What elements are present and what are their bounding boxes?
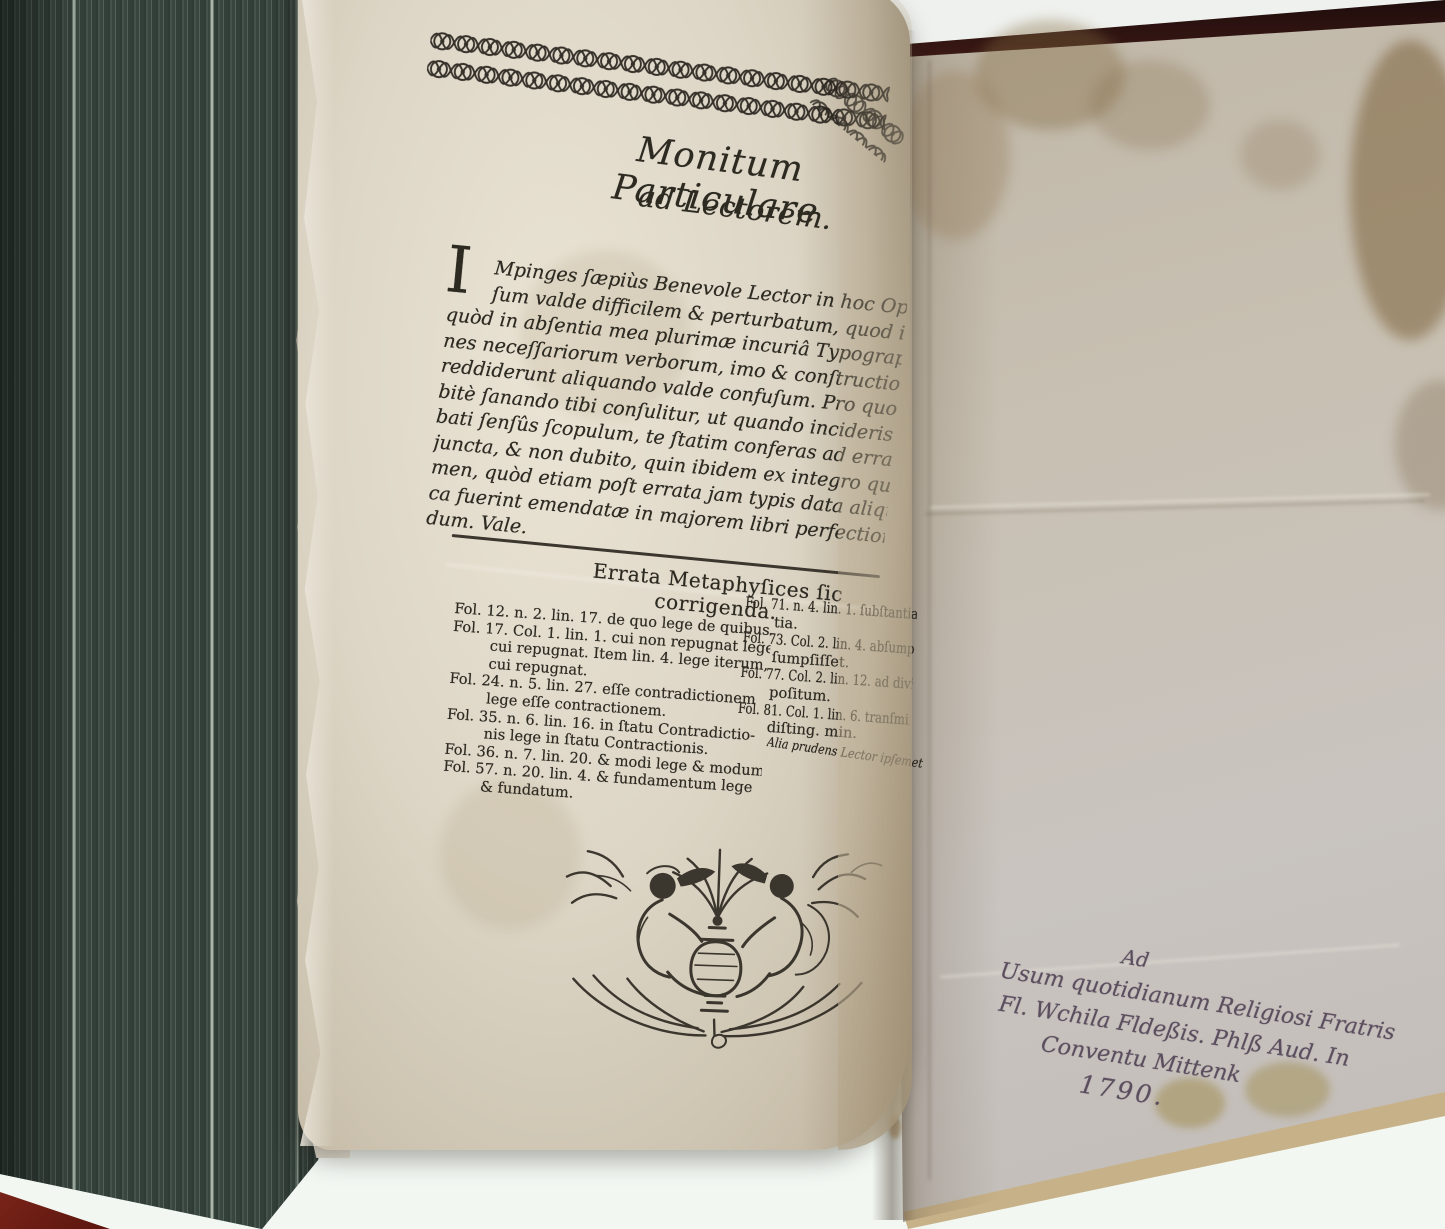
stain	[1090, 60, 1210, 150]
stain	[1240, 120, 1320, 190]
page-curl-shading	[838, 0, 912, 1150]
crease	[928, 60, 931, 1180]
monitum-paragraph: Mpinges ſæpiùs Benevole Lector in hoc Op…	[425, 252, 908, 575]
tailpiece-woodcut-icon	[545, 818, 888, 1058]
errata-column-left: Fol. 12. n. 2. lin. 17. de quo lege de q…	[441, 600, 772, 815]
book-photograph: Ad Usum quotidianum Religiosi Fratris Fl…	[0, 0, 1445, 1229]
book-fore-edge	[0, 0, 348, 1229]
stain	[900, 70, 1010, 240]
